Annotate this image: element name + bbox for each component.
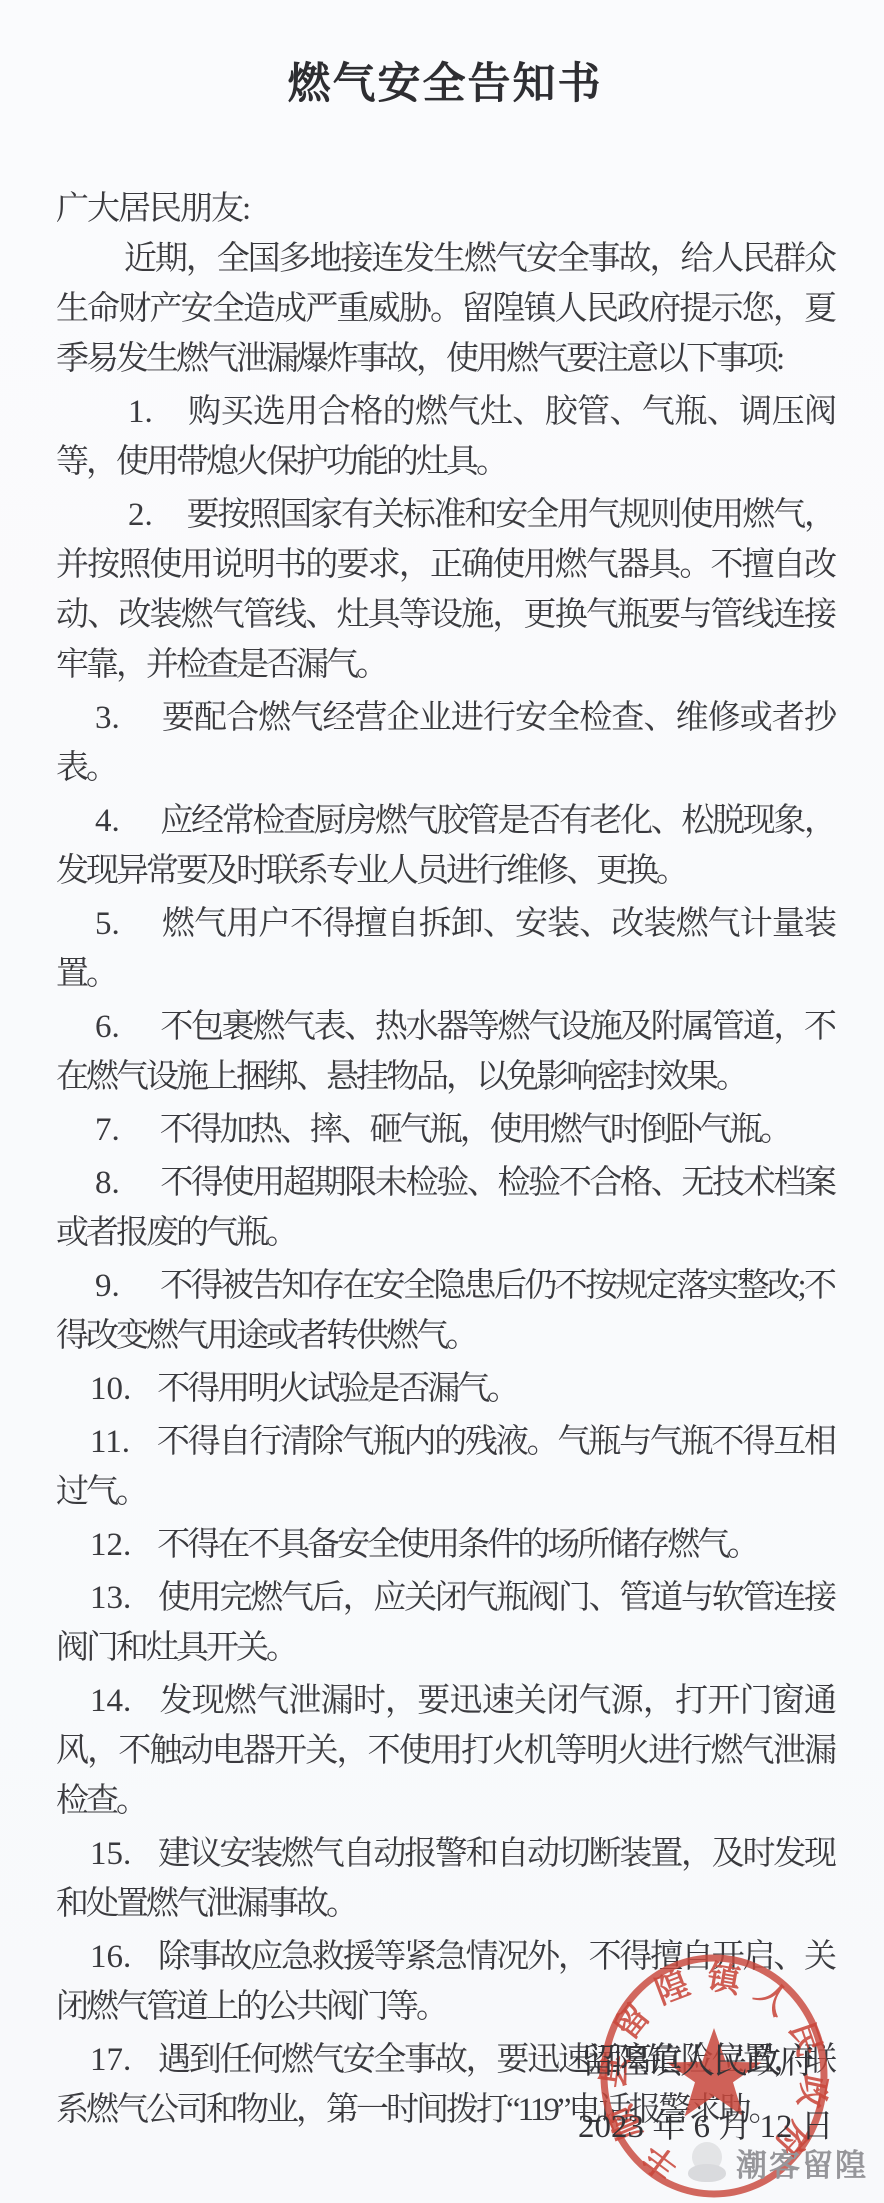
item-text: 不得用明火试验是否漏气。 bbox=[157, 1371, 517, 1407]
item-text: 不得自行清除气瓶内的残液。气瓶与气瓶不得互相过气。 bbox=[56, 1424, 834, 1510]
notice-item: 11.不得自行清除气瓶内的残液。气瓶与气瓶不得互相过气。 bbox=[56, 1417, 834, 1517]
item-text: 发现燃气泄漏时，要迅速关闭气源，打开门窗通风，不触动电器开关，不使用打火机等明火… bbox=[56, 1683, 834, 1819]
item-text: 不得被告知存在安全隐患后仍不按规定落实整改;不得改变燃气用途或者转供燃气。 bbox=[56, 1268, 834, 1354]
watermark: 潮客留隍 bbox=[688, 2140, 868, 2185]
item-number: 5. bbox=[95, 906, 120, 942]
item-number: 3. bbox=[95, 700, 120, 736]
item-text: 建议安装燃气自动报警和自动切断装置，及时发现和处置燃气泄漏事故。 bbox=[56, 1836, 834, 1922]
item-text: 使用完燃气后，应关闭气瓶阀门、管道与软管连接阀门和灶具开关。 bbox=[56, 1580, 834, 1666]
item-number: 8. bbox=[95, 1165, 120, 1201]
page-title: 燃气安全告知书 bbox=[56, 0, 834, 112]
item-text: 要按照国家有关标准和安全用气规则使用燃气，并按照使用说明书的要求，正确使用燃气器… bbox=[56, 497, 834, 683]
item-text: 应经常检查厨房燃气胶管是否有老化、松脱现象，发现异常要及时联系专业人员进行维修、… bbox=[56, 803, 834, 889]
item-number: 7. bbox=[95, 1112, 120, 1148]
notice-item: 5.燃气用户不得擅自拆卸、安装、改装燃气计量装置。 bbox=[56, 899, 834, 999]
item-number: 12. bbox=[90, 1527, 131, 1563]
item-number: 15. bbox=[90, 1836, 131, 1872]
item-text: 不得使用超期限未检验、检验不合格、无技术档案或者报废的气瓶。 bbox=[56, 1165, 834, 1251]
signature-name: 留隍镇人民政府 bbox=[581, 2042, 812, 2082]
item-text: 不得在不具备安全使用条件的场所储存燃气。 bbox=[157, 1527, 757, 1563]
item-text: 不包裹燃气表、热水器等燃气设施及附属管道，不在燃气设施上捆绑、悬挂物品，以免影响… bbox=[56, 1009, 834, 1095]
item-number: 2. bbox=[128, 497, 153, 533]
notice-item: 4.应经常检查厨房燃气胶管是否有老化、松脱现象，发现异常要及时联系专业人员进行维… bbox=[56, 796, 834, 896]
notice-item: 9.不得被告知存在安全隐患后仍不按规定落实整改;不得改变燃气用途或者转供燃气。 bbox=[56, 1261, 834, 1361]
salutation: 广大居民朋友: bbox=[56, 184, 834, 234]
item-text: 不得加热、摔、砸气瓶，使用燃气时倒卧气瓶。 bbox=[160, 1112, 790, 1148]
item-text: 燃气用户不得擅自拆卸、安装、改装燃气计量装置。 bbox=[56, 906, 834, 992]
item-number: 14. bbox=[90, 1683, 131, 1719]
watermark-mascot-icon bbox=[688, 2142, 728, 2184]
item-number: 6. bbox=[95, 1009, 120, 1045]
document-body: 燃气安全告知书 广大居民朋友: 近期，全国多地接连发生燃气安全事故，给人民群众生… bbox=[0, 0, 884, 2135]
item-text: 购买选用合格的燃气灶、胶管、气瓶、调压阀等，使用带熄火保护功能的灶具。 bbox=[56, 394, 834, 480]
intro-paragraph: 近期，全国多地接连发生燃气安全事故，给人民群众生命财产安全造成严重威胁。留隍镇人… bbox=[56, 234, 834, 384]
notice-item: 8.不得使用超期限未检验、检验不合格、无技术档案或者报废的气瓶。 bbox=[56, 1158, 834, 1258]
item-number: 1. bbox=[128, 394, 153, 430]
item-number: 9. bbox=[95, 1268, 120, 1304]
notice-item: 15.建议安装燃气自动报警和自动切断装置，及时发现和处置燃气泄漏事故。 bbox=[56, 1829, 834, 1929]
notice-item: 10.不得用明火试验是否漏气。 bbox=[56, 1364, 834, 1414]
item-number: 4. bbox=[95, 803, 120, 839]
notice-items: 1.购买选用合格的燃气灶、胶管、气瓶、调压阀等，使用带熄火保护功能的灶具。2.要… bbox=[56, 387, 834, 2135]
notice-item: 7.不得加热、摔、砸气瓶，使用燃气时倒卧气瓶。 bbox=[56, 1105, 834, 1155]
document-page: 燃气安全告知书 广大居民朋友: 近期，全国多地接连发生燃气安全事故，给人民群众生… bbox=[0, 0, 884, 2203]
notice-item: 2.要按照国家有关标准和安全用气规则使用燃气，并按照使用说明书的要求，正确使用燃… bbox=[56, 490, 834, 690]
item-number: 16. bbox=[90, 1939, 131, 1975]
item-number: 17. bbox=[90, 2042, 131, 2078]
item-number: 13. bbox=[90, 1580, 131, 1616]
item-number: 10. bbox=[90, 1371, 131, 1407]
notice-item: 14.发现燃气泄漏时，要迅速关闭气源，打开门窗通风，不触动电器开关，不使用打火机… bbox=[56, 1676, 834, 1826]
item-number: 11. bbox=[90, 1424, 130, 1460]
notice-item: 13.使用完燃气后，应关闭气瓶阀门、管道与软管连接阀门和灶具开关。 bbox=[56, 1573, 834, 1673]
notice-item: 12.不得在不具备安全使用条件的场所储存燃气。 bbox=[56, 1520, 834, 1570]
watermark-text: 潮客留隍 bbox=[736, 2140, 868, 2185]
item-text: 要配合燃气经营企业进行安全检查、维修或者抄表。 bbox=[56, 700, 834, 786]
notice-item: 3.要配合燃气经营企业进行安全检查、维修或者抄表。 bbox=[56, 693, 834, 793]
notice-item: 1.购买选用合格的燃气灶、胶管、气瓶、调压阀等，使用带熄火保护功能的灶具。 bbox=[56, 387, 834, 487]
notice-item: 6.不包裹燃气表、热水器等燃气设施及附属管道，不在燃气设施上捆绑、悬挂物品，以免… bbox=[56, 1002, 834, 1102]
